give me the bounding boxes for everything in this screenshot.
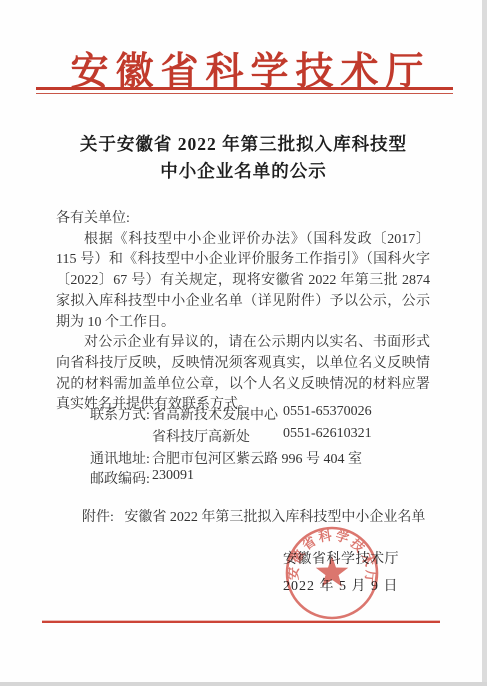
postcode-label: 邮政编码: (90, 468, 150, 488)
paragraph-1: 根据《科技型中小企业评价办法》（国科发政〔2017〕115 号）和《科技型中小企… (56, 230, 430, 334)
footer-divider (42, 621, 440, 623)
contact-phone-1: 0551-65370026 (283, 404, 372, 420)
contact-phone-2: 0551-62610321 (283, 426, 372, 442)
address-value: 合肥市包河区紫云路 996 号 404 室 (152, 448, 362, 468)
scan-edge-bottom (0, 682, 487, 686)
document-body: 各有关单位: 根据《科技型中小企业评价办法》（国科发政〔2017〕115 号）和… (56, 209, 430, 416)
attachment-label: 附件: (82, 510, 114, 525)
document-title-line-2: 中小企业名单的公示 (160, 161, 327, 181)
salutation: 各有关单位: (56, 209, 430, 230)
letterhead-divider (36, 87, 453, 94)
official-seal: 安徽省科学技术厅 (270, 511, 394, 635)
contact-label: 联系方式: (90, 404, 150, 424)
document-page: 安徽省科学技术厅 关于安徽省 2022 年第三批拟入库科技型 中小企业名单的公示… (0, 0, 487, 686)
seal-star-icon (316, 556, 348, 587)
postcode-value: 230091 (152, 468, 194, 484)
contact-org-1: 省高新技术发展中心 (152, 404, 278, 424)
scan-edge-right (482, 0, 487, 686)
address-label: 通讯地址: (90, 448, 150, 468)
document-title: 关于安徽省 2022 年第三批拟入库科技型 中小企业名单的公示 (0, 131, 487, 185)
contact-org-2: 省科技厅高新处 (152, 426, 250, 446)
document-title-line-1: 关于安徽省 2022 年第三批拟入库科技型 (80, 134, 407, 154)
